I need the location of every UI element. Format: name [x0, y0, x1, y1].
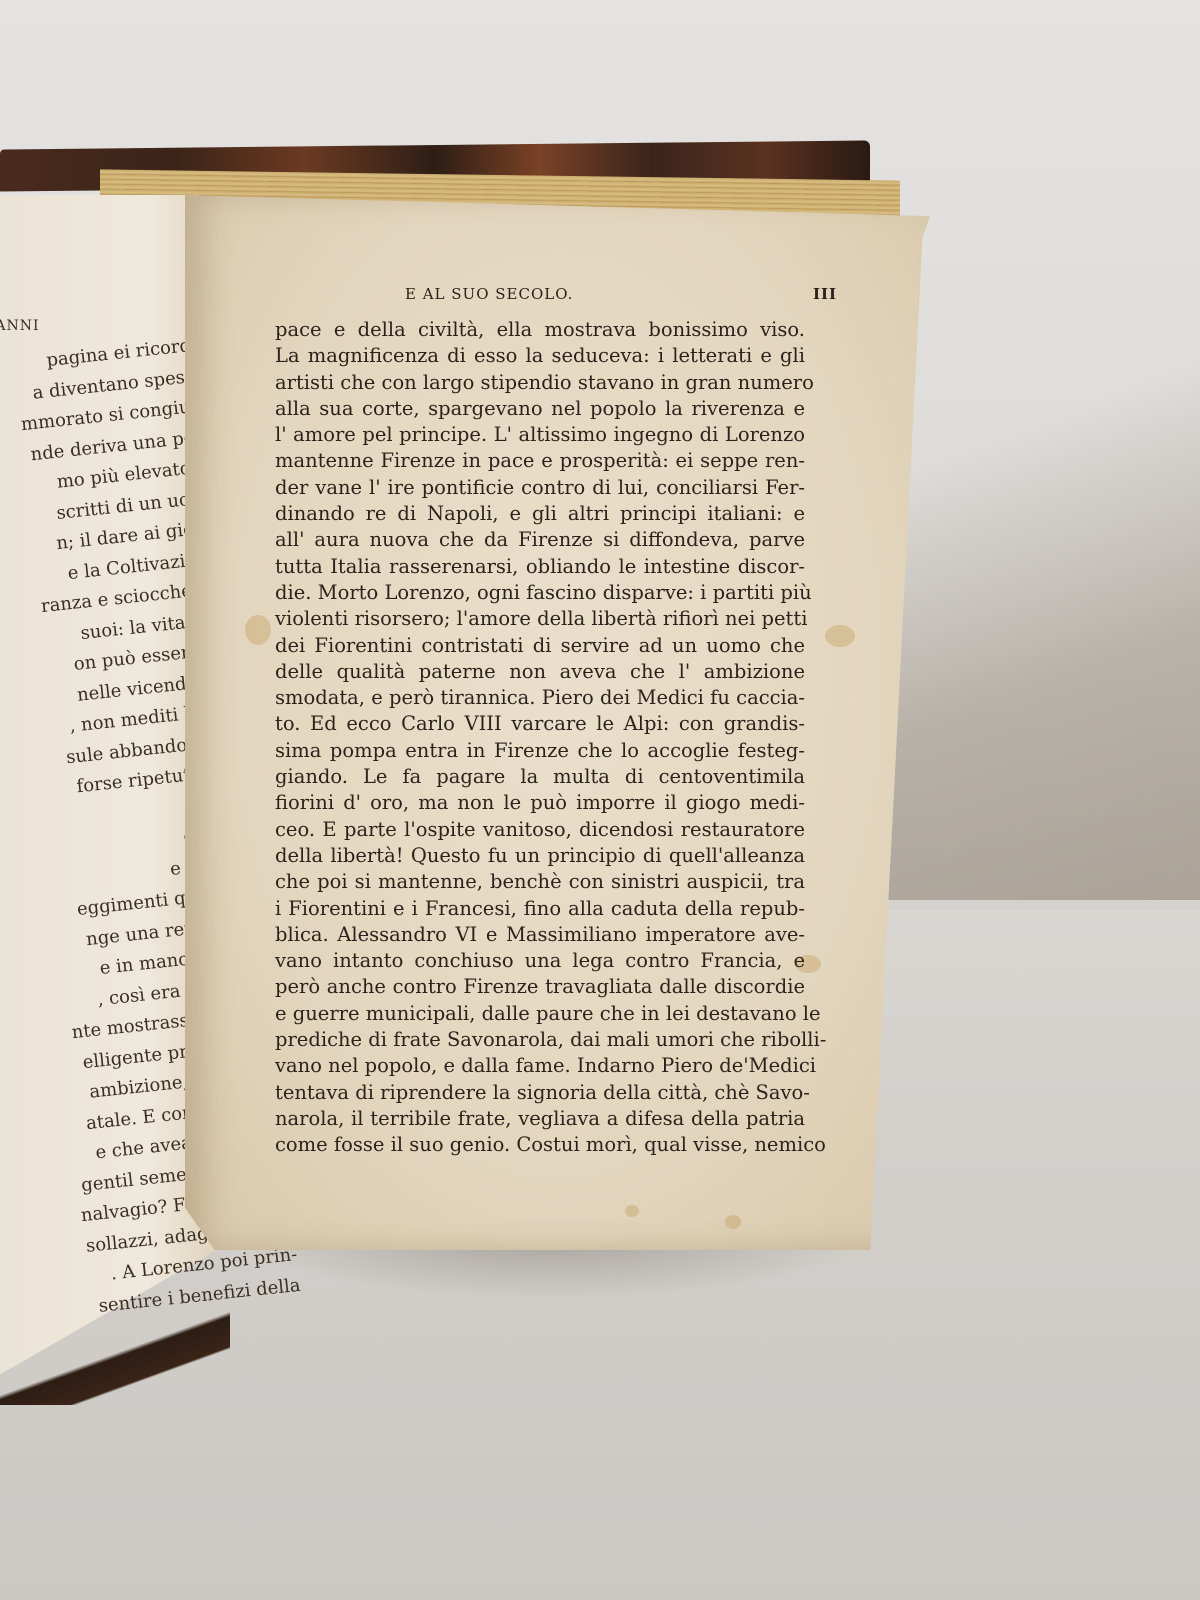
text-line: dei Fiorentini contristati di servire ad…	[275, 633, 805, 659]
text-line: della libertà! Questo fu un principio di…	[275, 843, 805, 869]
text-line: e guerre municipali, dalle paure che in …	[275, 1001, 805, 1027]
wall-shadow	[880, 340, 1200, 900]
text-line: che poi si mantenne, benchè con sinistri…	[275, 869, 805, 895]
text-line: tutta Italia rasserenarsi, obliando le i…	[275, 554, 805, 580]
right-page-body: pace e della civiltà, ella mostrava boni…	[275, 317, 805, 1159]
text-line: tentava di riprendere la signoria della …	[275, 1080, 805, 1106]
text-line: blica. Alessandro VI e Massimiliano impe…	[275, 922, 805, 948]
text-line: l' amore pel principe. L' altissimo inge…	[275, 422, 805, 448]
text-line: pace e della civiltà, ella mostrava boni…	[275, 317, 805, 343]
text-line: i Fiorentini e i Francesi, fino alla cad…	[275, 896, 805, 922]
foxing-spot	[245, 615, 271, 645]
foxing-spot	[625, 1205, 639, 1217]
running-head-title: E AL SUO SECOLO.	[405, 285, 573, 303]
right-page-content: E AL SUO SECOLO. III pace e della civilt…	[275, 285, 805, 1159]
foxing-spot	[725, 1215, 741, 1229]
text-line: ceo. E parte l'ospite vanitoso, dicendos…	[275, 817, 805, 843]
text-line: sima pompa entra in Firenze che lo accog…	[275, 738, 805, 764]
text-line: mantenne Firenze in pace e prosperità: e…	[275, 448, 805, 474]
text-line: delle qualità paterne non aveva che l' a…	[275, 659, 805, 685]
running-head: E AL SUO SECOLO. III	[275, 285, 805, 313]
text-line: violenti risorsero; l'amore della libert…	[275, 606, 805, 632]
text-line: die. Morto Lorenzo, ogni fascino disparv…	[275, 580, 805, 606]
right-page: E AL SUO SECOLO. III pace e della civilt…	[185, 195, 930, 1250]
text-line: alla sua corte, spargevano nel popolo la…	[275, 396, 805, 422]
text-line: però anche contro Firenze travagliata da…	[275, 974, 805, 1000]
foxing-spot	[825, 625, 855, 647]
text-line: narola, il terribile frate, vegliava a d…	[275, 1106, 805, 1132]
text-line: vano nel popolo, e dalla fame. Indarno P…	[275, 1053, 805, 1079]
text-line: dinando re di Napoli, e gli altri princi…	[275, 501, 805, 527]
text-line: artisti che con largo stipendio stavano …	[275, 370, 805, 396]
text-line: fiorini d' oro, ma non le può imporre il…	[275, 790, 805, 816]
text-line: vano intanto conchiuso una lega contro F…	[275, 948, 805, 974]
text-line: giando. Le fa pagare la multa di centove…	[275, 764, 805, 790]
text-line: La magnificenza di esso la seduceva: i l…	[275, 343, 805, 369]
text-line: der vane l' ire pontificie contro di lui…	[275, 475, 805, 501]
text-line: come fosse il suo genio. Costui morì, qu…	[275, 1132, 805, 1158]
left-running-head: MANNI	[0, 318, 39, 334]
text-line: all' aura nuova che da Firenze si diffon…	[275, 527, 805, 553]
text-line: to. Ed ecco Carlo VIII varcare le Alpi: …	[275, 711, 805, 737]
text-line: smodata, e però tirannica. Piero dei Med…	[275, 685, 805, 711]
text-line: prediche di frate Savonarola, dai mali u…	[275, 1027, 805, 1053]
page-number: III	[813, 285, 837, 303]
